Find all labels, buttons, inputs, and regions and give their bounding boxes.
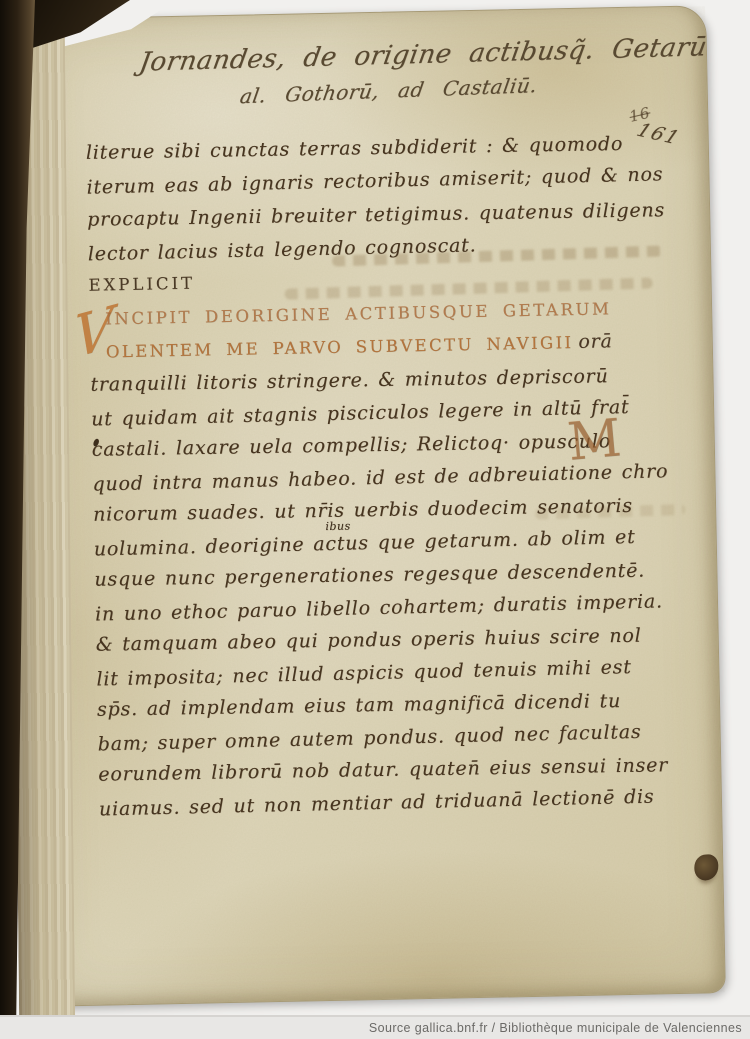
text-line: bam; super omne autem pondus. quod nec f… [97, 720, 641, 755]
text-line: lector lacius ista legendo cognoscat. [88, 234, 477, 265]
text-line: sp̄s. ad implendam eius tam magnificā di… [97, 690, 621, 721]
opening-line: OLENTEM ME PARVO SUBVECTU NAVIGII orā [106, 330, 613, 362]
text-line: uiamus. sed ut non mentiar ad triduanā l… [99, 785, 655, 820]
opening-line-tail: orā [578, 330, 613, 353]
text-line: in uno ethoc paruo libello cohartem; dur… [95, 590, 663, 625]
text-line: ut quidam ait stagnis pisciculos legere … [91, 396, 630, 430]
marginal-initial-m: M [565, 408, 623, 473]
text-line: uolumina. deorigine actus que getarum. a… [94, 525, 636, 560]
ink-spot [694, 854, 719, 880]
text-line: eorundem librorū nob datur. quaten̄ eius… [98, 754, 668, 785]
show-through-text [285, 277, 653, 299]
text-line: lit imposita; nec illud aspicis quod ten… [96, 656, 632, 690]
text-line: iterum eas ab ignaris rectoribus amiseri… [86, 163, 663, 198]
header-annotation-line2: al. Gothorū, ad Castaliū. [238, 73, 539, 108]
parchment-page: Jornandes, de origine actibusq̃. Getarū … [26, 5, 726, 1006]
text-line: procaptu Ingenii breuiter tetigimus. qua… [87, 199, 665, 231]
opening-line-caps: OLENTEM ME PARVO SUBVECTU NAVIGII [106, 333, 574, 361]
text-line: literue sibi cunctas terras subdiderit :… [86, 133, 624, 164]
footer-source-text: Source gallica.bnf.fr / Bibliothèque mun… [369, 1021, 742, 1035]
text-line: usque nunc pergenerationes regesque desc… [94, 560, 645, 591]
footer-bar: Source gallica.bnf.fr / Bibliothèque mun… [0, 1015, 750, 1039]
manuscript-scan-view: Jornandes, de origine actibusq̃. Getarū … [0, 0, 750, 1039]
folio-number: 161 [633, 119, 684, 149]
text-line: tranquilli litoris stringere. & minutos … [90, 365, 608, 396]
explicit-line: EXPLICIT [88, 274, 195, 295]
text-line: & tamquam abeo qui pondus operis huius s… [96, 625, 642, 656]
interlinear-gloss: ibus [325, 520, 351, 534]
text-line: castali. laxare uela compellis; Relictoq… [92, 430, 612, 461]
header-title-annotation: Jornandes, de origine actibusq̃. Getarū [137, 32, 709, 77]
text-line: nicorum suades. ut nr̄is uerbis duodecim… [93, 495, 633, 526]
incipit-rubric: INCIPIT DEORIGINE ACTIBUSQUE GETARUM [105, 299, 612, 328]
